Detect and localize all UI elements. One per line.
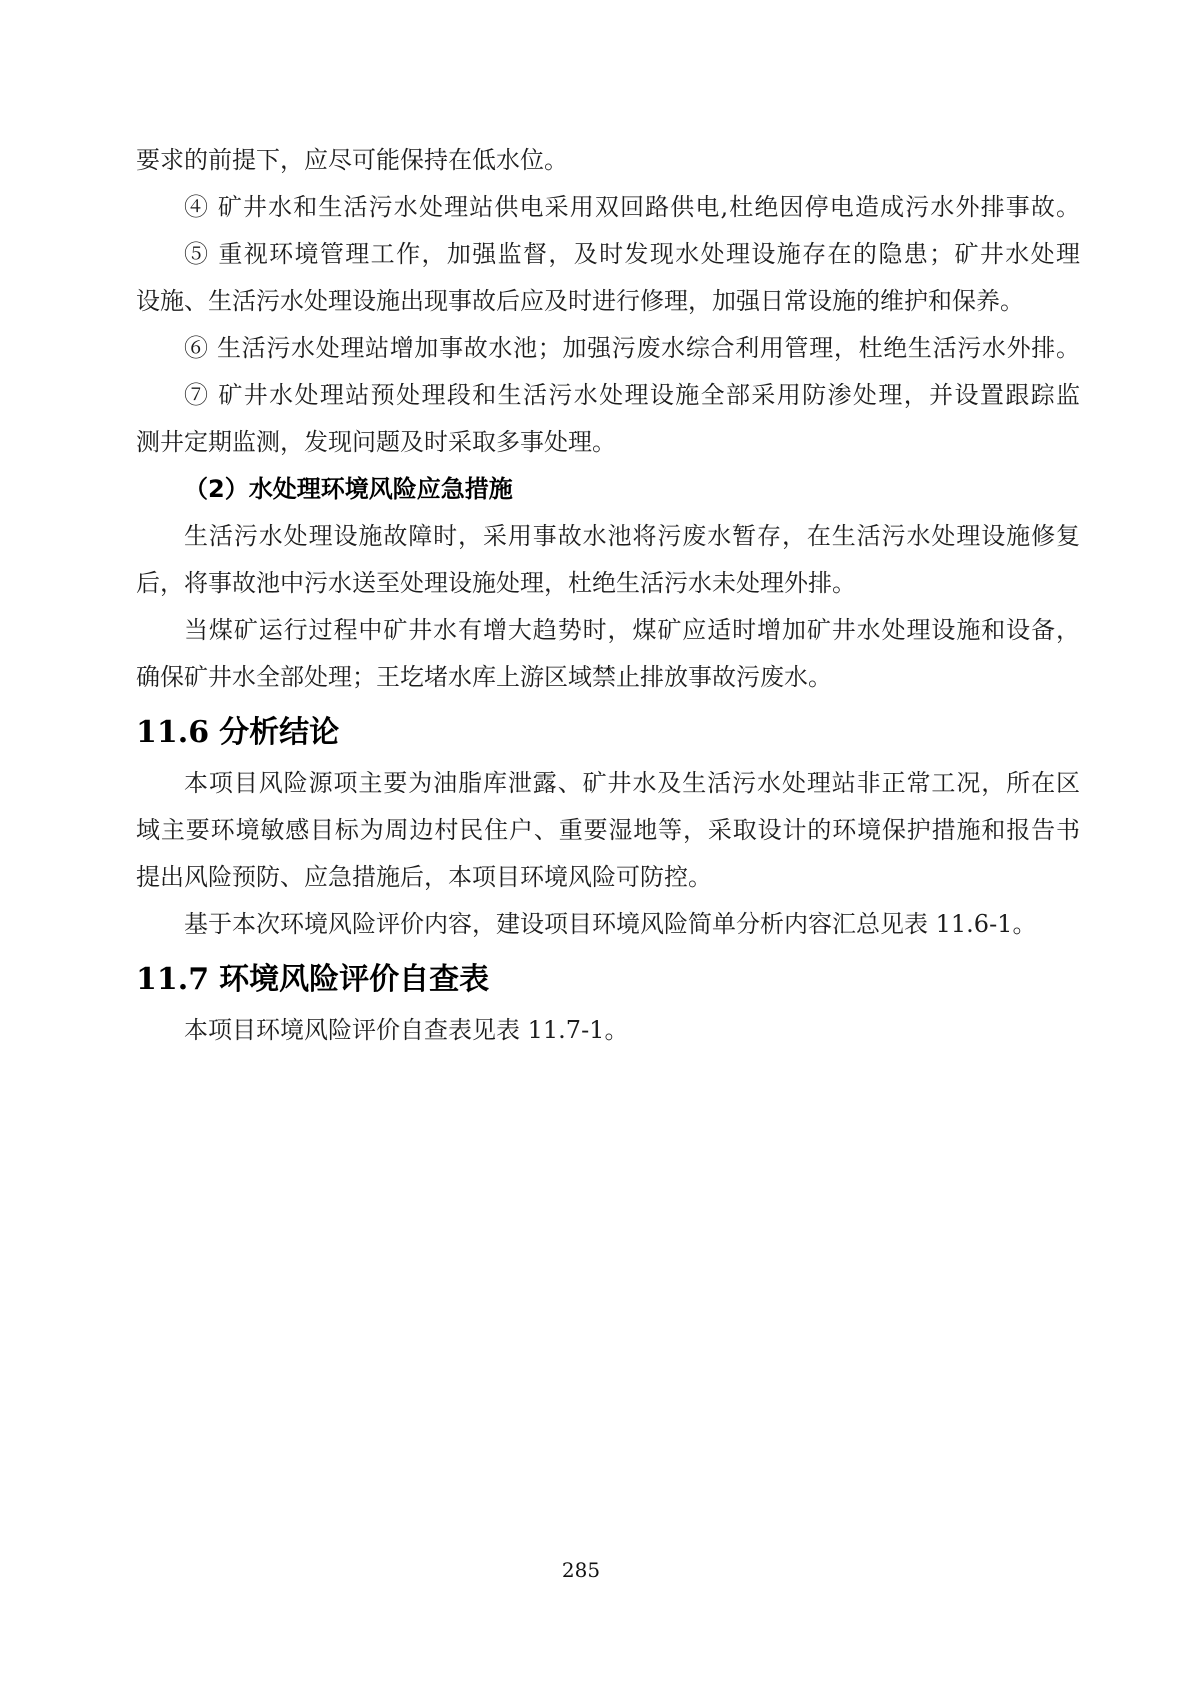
list-item-5-line-2: 设施、生活污水处理设施出现事故后应及时进行修理，加强日常设施的维护和保养。 <box>136 278 1080 325</box>
section-title-11-7: 环境风险评价自查表 <box>219 962 489 997</box>
subheading-emergency-measures: （2）水处理环境风险应急措施 <box>136 466 1080 513</box>
paragraph-selfcheck-table-ref: 本项目环境风险评价自查表见表 11.7-1。 <box>136 1007 1080 1054</box>
section-heading-11-7: 11.7环境风险评价自查表 <box>136 956 1080 1003</box>
list-item-6: ⑥ 生活污水处理站增加事故水池；加强污废水综合利用管理，杜绝生活污水外排。 <box>136 325 1080 372</box>
list-item-5-line-1: ⑤ 重视环境管理工作，加强监督，及时发现水处理设施存在的隐患；矿井水处理 <box>136 231 1080 278</box>
list-item-7-line-1: ⑦ 矿井水处理站预处理段和生活污水处理设施全部采用防渗处理，并设置跟踪监 <box>136 372 1080 419</box>
document-body: 要求的前提下，应尽可能保持在低水位。 ④ 矿井水和生活污水处理站供电采用双回路供… <box>136 137 1080 1054</box>
section-number-11-7: 11.7 <box>136 962 209 997</box>
paragraph-summary-table-ref: 基于本次环境风险评价内容，建设项目环境风险简单分析内容汇总见表 11.6-1。 <box>136 901 1080 948</box>
section-heading-11-6: 11.6分析结论 <box>136 709 1080 756</box>
paragraph-conclusion-line-1: 本项目风险源项主要为油脂库泄露、矿井水及生活污水处理站非正常工况，所在区 <box>136 760 1080 807</box>
list-item-7-line-2: 测井定期监测，发现问题及时采取多事处理。 <box>136 419 1080 466</box>
section-title-11-6: 分析结论 <box>219 715 339 750</box>
section-number-11-6: 11.6 <box>136 715 209 750</box>
paragraph-sewage-line-1: 生活污水处理设施故障时，采用事故水池将污废水暂存，在生活污水处理设施修复 <box>136 513 1080 560</box>
paragraph-minewater-line-2: 确保矿井水全部处理；王圪堵水库上游区域禁止排放事故污废水。 <box>136 654 1080 701</box>
paragraph-conclusion-line-2: 域主要环境敏感目标为周边村民住户、重要湿地等，采取设计的环境保护措施和报告书 <box>136 807 1080 854</box>
paragraph-sewage-line-2: 后，将事故池中污水送至处理设施处理，杜绝生活污水未处理外排。 <box>136 560 1080 607</box>
list-item-4: ④ 矿井水和生活污水处理站供电采用双回路供电,杜绝因停电造成污水外排事故。 <box>136 184 1080 231</box>
paragraph-continuation-line: 要求的前提下，应尽可能保持在低水位。 <box>136 137 1080 184</box>
page-number: 285 <box>0 1558 1162 1582</box>
paragraph-conclusion-line-3: 提出风险预防、应急措施后，本项目环境风险可防控。 <box>136 854 1080 901</box>
document-page: 要求的前提下，应尽可能保持在低水位。 ④ 矿井水和生活污水处理站供电采用双回路供… <box>0 0 1199 1696</box>
paragraph-minewater-line-1: 当煤矿运行过程中矿井水有增大趋势时，煤矿应适时增加矿井水处理设施和设备， <box>136 607 1080 654</box>
